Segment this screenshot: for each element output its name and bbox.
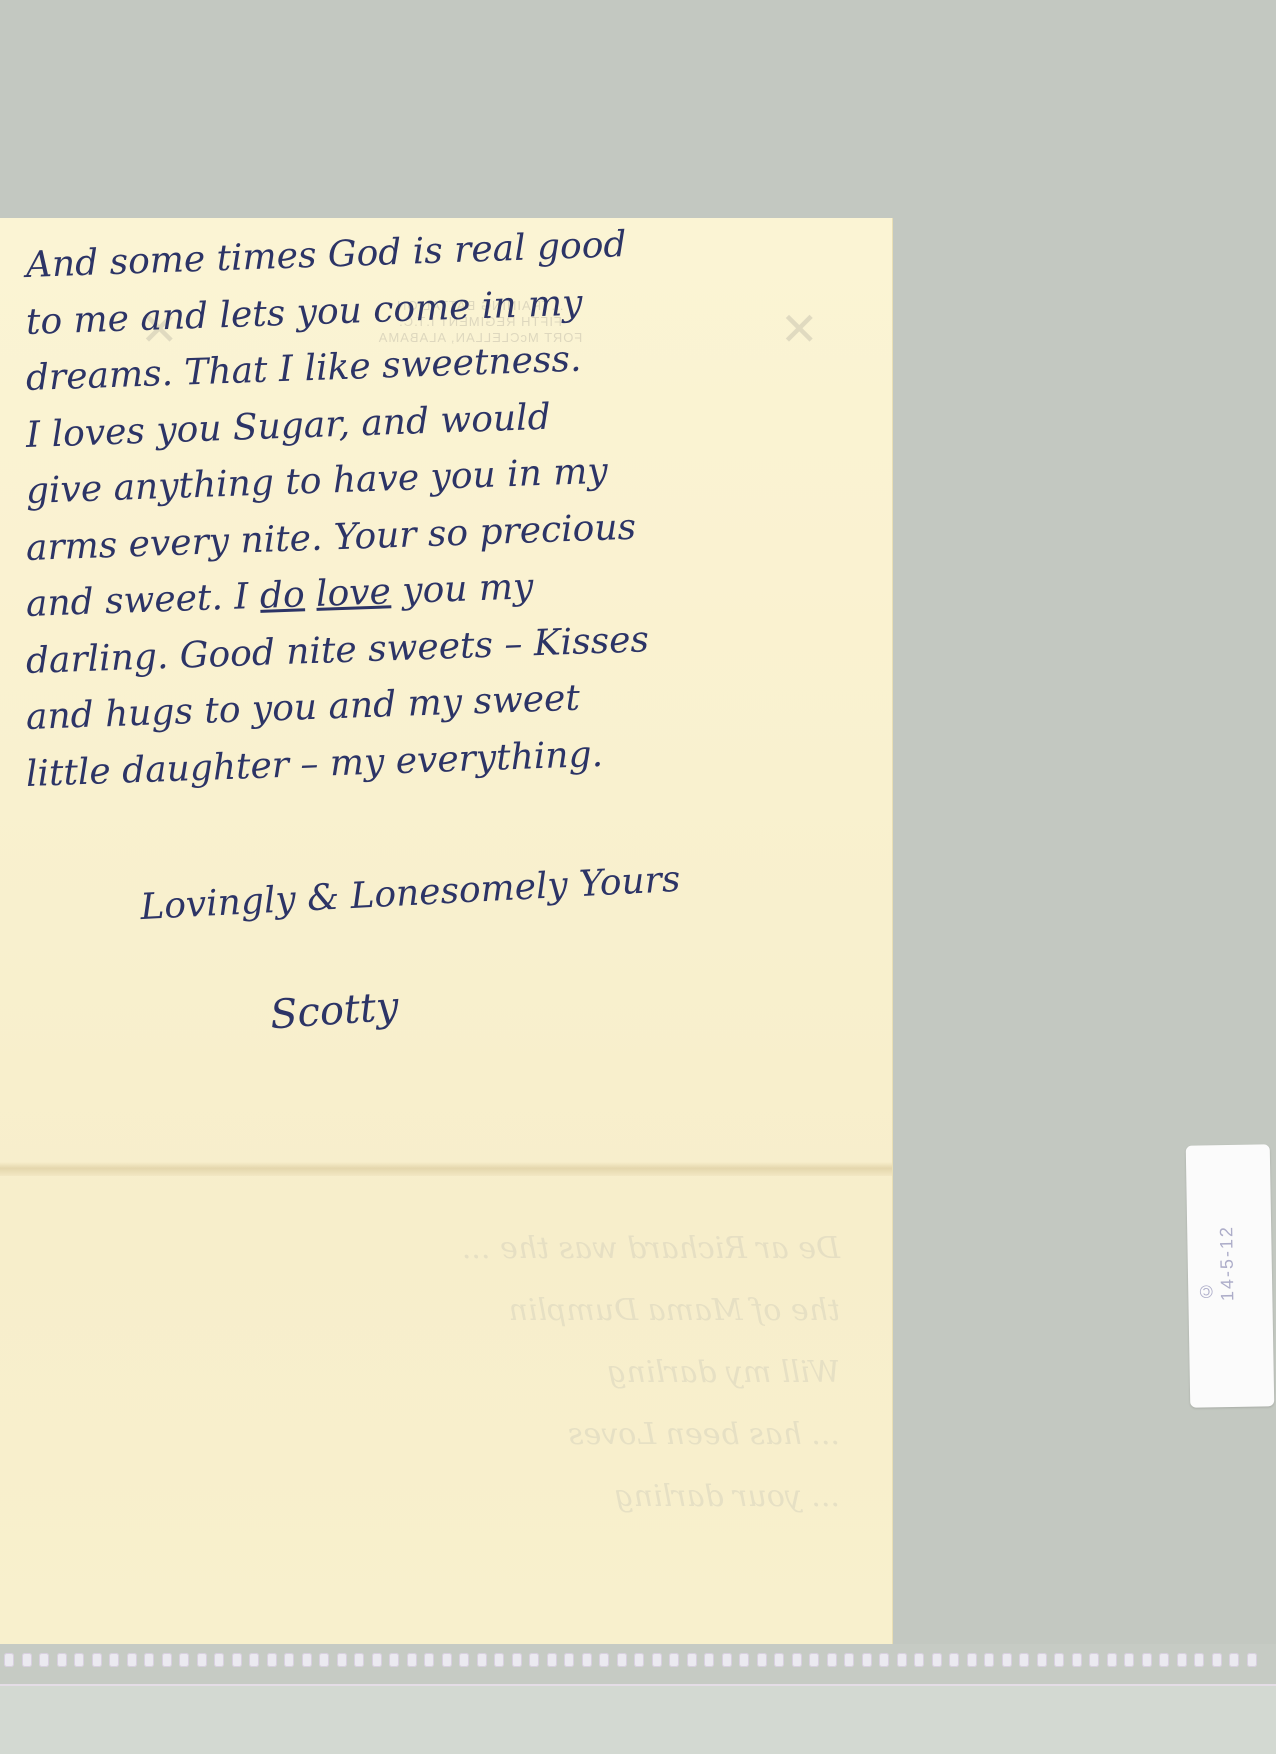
sleeve-perforation	[687, 1653, 697, 1667]
sleeve-perforation	[92, 1653, 102, 1667]
sleeve-perforation	[582, 1653, 592, 1667]
sleeve-perforation	[529, 1653, 539, 1667]
show-through-line: ... has been Loves	[60, 1404, 840, 1466]
sleeve-perforation	[652, 1653, 662, 1667]
sleeve-perforation	[1054, 1653, 1064, 1667]
sleeve-perforation	[1002, 1653, 1012, 1667]
sleeve-perforation	[477, 1653, 487, 1667]
sleeve-perforation	[669, 1653, 679, 1667]
show-through-line: the of Mama Dumplin	[60, 1280, 840, 1342]
sleeve-perforation	[424, 1653, 434, 1667]
show-through-line: ... your darling	[60, 1466, 840, 1528]
sleeve-perforation	[267, 1653, 277, 1667]
underlined-word-do: do	[259, 574, 305, 617]
sleeve-perforation	[774, 1653, 784, 1667]
sleeve-perforation	[354, 1653, 364, 1667]
archive-label: © 14-5-12	[1186, 1144, 1275, 1407]
sleeve-perforation	[337, 1653, 347, 1667]
sleeve-perforation	[634, 1653, 644, 1667]
sleeve-perforation	[1072, 1653, 1082, 1667]
underlined-word-love: love	[315, 571, 391, 615]
sleeve-perforation	[1159, 1653, 1169, 1667]
sleeve-perforation	[897, 1653, 907, 1667]
sleeve-perforation	[1229, 1653, 1239, 1667]
sleeve-perforation	[1089, 1653, 1099, 1667]
sleeve-perforation	[179, 1653, 189, 1667]
scanner-background-lower	[0, 1684, 1276, 1754]
sleeve-perforation	[879, 1653, 889, 1667]
sleeve-perforation	[372, 1653, 382, 1667]
sleeve-perforation	[599, 1653, 609, 1667]
sleeve-perforation	[232, 1653, 242, 1667]
show-through-line: De ar Richard was the ...	[60, 1218, 840, 1280]
sleeve-perforation	[1037, 1653, 1047, 1667]
sleeve-perforation	[284, 1653, 294, 1667]
sleeve-perforation	[739, 1653, 749, 1667]
letter-body: And some times God is real good to me an…	[26, 238, 856, 803]
sleeve-perforation	[1124, 1653, 1134, 1667]
letter-page: ✕ …TRAINING BATTALION FIFTH REGIMENT I.T…	[0, 218, 892, 1644]
show-through-line: Will my darling	[60, 1342, 840, 1404]
sleeve-perforation	[249, 1653, 259, 1667]
sleeve-perforation	[197, 1653, 207, 1667]
sleeve-perforation	[407, 1653, 417, 1667]
sleeve-perforation	[319, 1653, 329, 1667]
line-text: and sweet. I	[25, 576, 260, 625]
sleeve-perforation	[914, 1653, 924, 1667]
sleeve-perforation	[844, 1653, 854, 1667]
sleeve-perforation	[1142, 1653, 1152, 1667]
sleeve-perforation	[1107, 1653, 1117, 1667]
sleeve-perforation	[722, 1653, 732, 1667]
sleeve-perforation	[494, 1653, 504, 1667]
sleeve-perforation	[442, 1653, 452, 1667]
sleeve-perforation	[144, 1653, 154, 1667]
sleeve-perforation	[302, 1653, 312, 1667]
sleeve-perforation	[39, 1653, 49, 1667]
sleeve-perforation	[459, 1653, 469, 1667]
sleeve-perforation	[704, 1653, 714, 1667]
sleeve-perforation	[809, 1653, 819, 1667]
sleeve-perforation	[757, 1653, 767, 1667]
sleeve-perforation	[1019, 1653, 1029, 1667]
sleeve-perforation	[57, 1653, 67, 1667]
sleeve-perforation	[949, 1653, 959, 1667]
sleeve-perforation	[932, 1653, 942, 1667]
sleeve-perforation	[1247, 1653, 1257, 1667]
paper-fold-crease	[0, 1162, 892, 1176]
sleeve-perforation	[1177, 1653, 1187, 1667]
line-text: you my	[390, 566, 534, 612]
letter-closing: Lovingly & Lonesomely Yours	[139, 859, 681, 928]
copyright-icon: ©	[1196, 1253, 1218, 1301]
sleeve-perforation	[512, 1653, 522, 1667]
letter-signature: Scotty	[269, 984, 401, 1039]
sleeve-perforation	[4, 1653, 14, 1667]
sleeve-perforation	[162, 1653, 172, 1667]
sleeve-perforation-row	[4, 1650, 1274, 1672]
sleeve-perforation	[1212, 1653, 1222, 1667]
sleeve-perforation	[214, 1653, 224, 1667]
sleeve-perforation	[617, 1653, 627, 1667]
archive-label-text: © 14-5-12	[1195, 1224, 1266, 1301]
sleeve-perforation	[827, 1653, 837, 1667]
sleeve-perforation	[1194, 1653, 1204, 1667]
sleeve-perforation	[984, 1653, 994, 1667]
reverse-side-show-through: De ar Richard was the ... the of Mama Du…	[60, 1218, 840, 1618]
sleeve-perforation	[564, 1653, 574, 1667]
sleeve-perforation	[862, 1653, 872, 1667]
sleeve-perforation	[792, 1653, 802, 1667]
sleeve-perforation	[389, 1653, 399, 1667]
sleeve-perforation	[74, 1653, 84, 1667]
sleeve-perforation	[109, 1653, 119, 1667]
sleeve-perforation	[967, 1653, 977, 1667]
sleeve-perforation	[127, 1653, 137, 1667]
sleeve-perforation	[22, 1653, 32, 1667]
sleeve-perforation	[547, 1653, 557, 1667]
archive-code: 14-5-12	[1216, 1225, 1237, 1301]
